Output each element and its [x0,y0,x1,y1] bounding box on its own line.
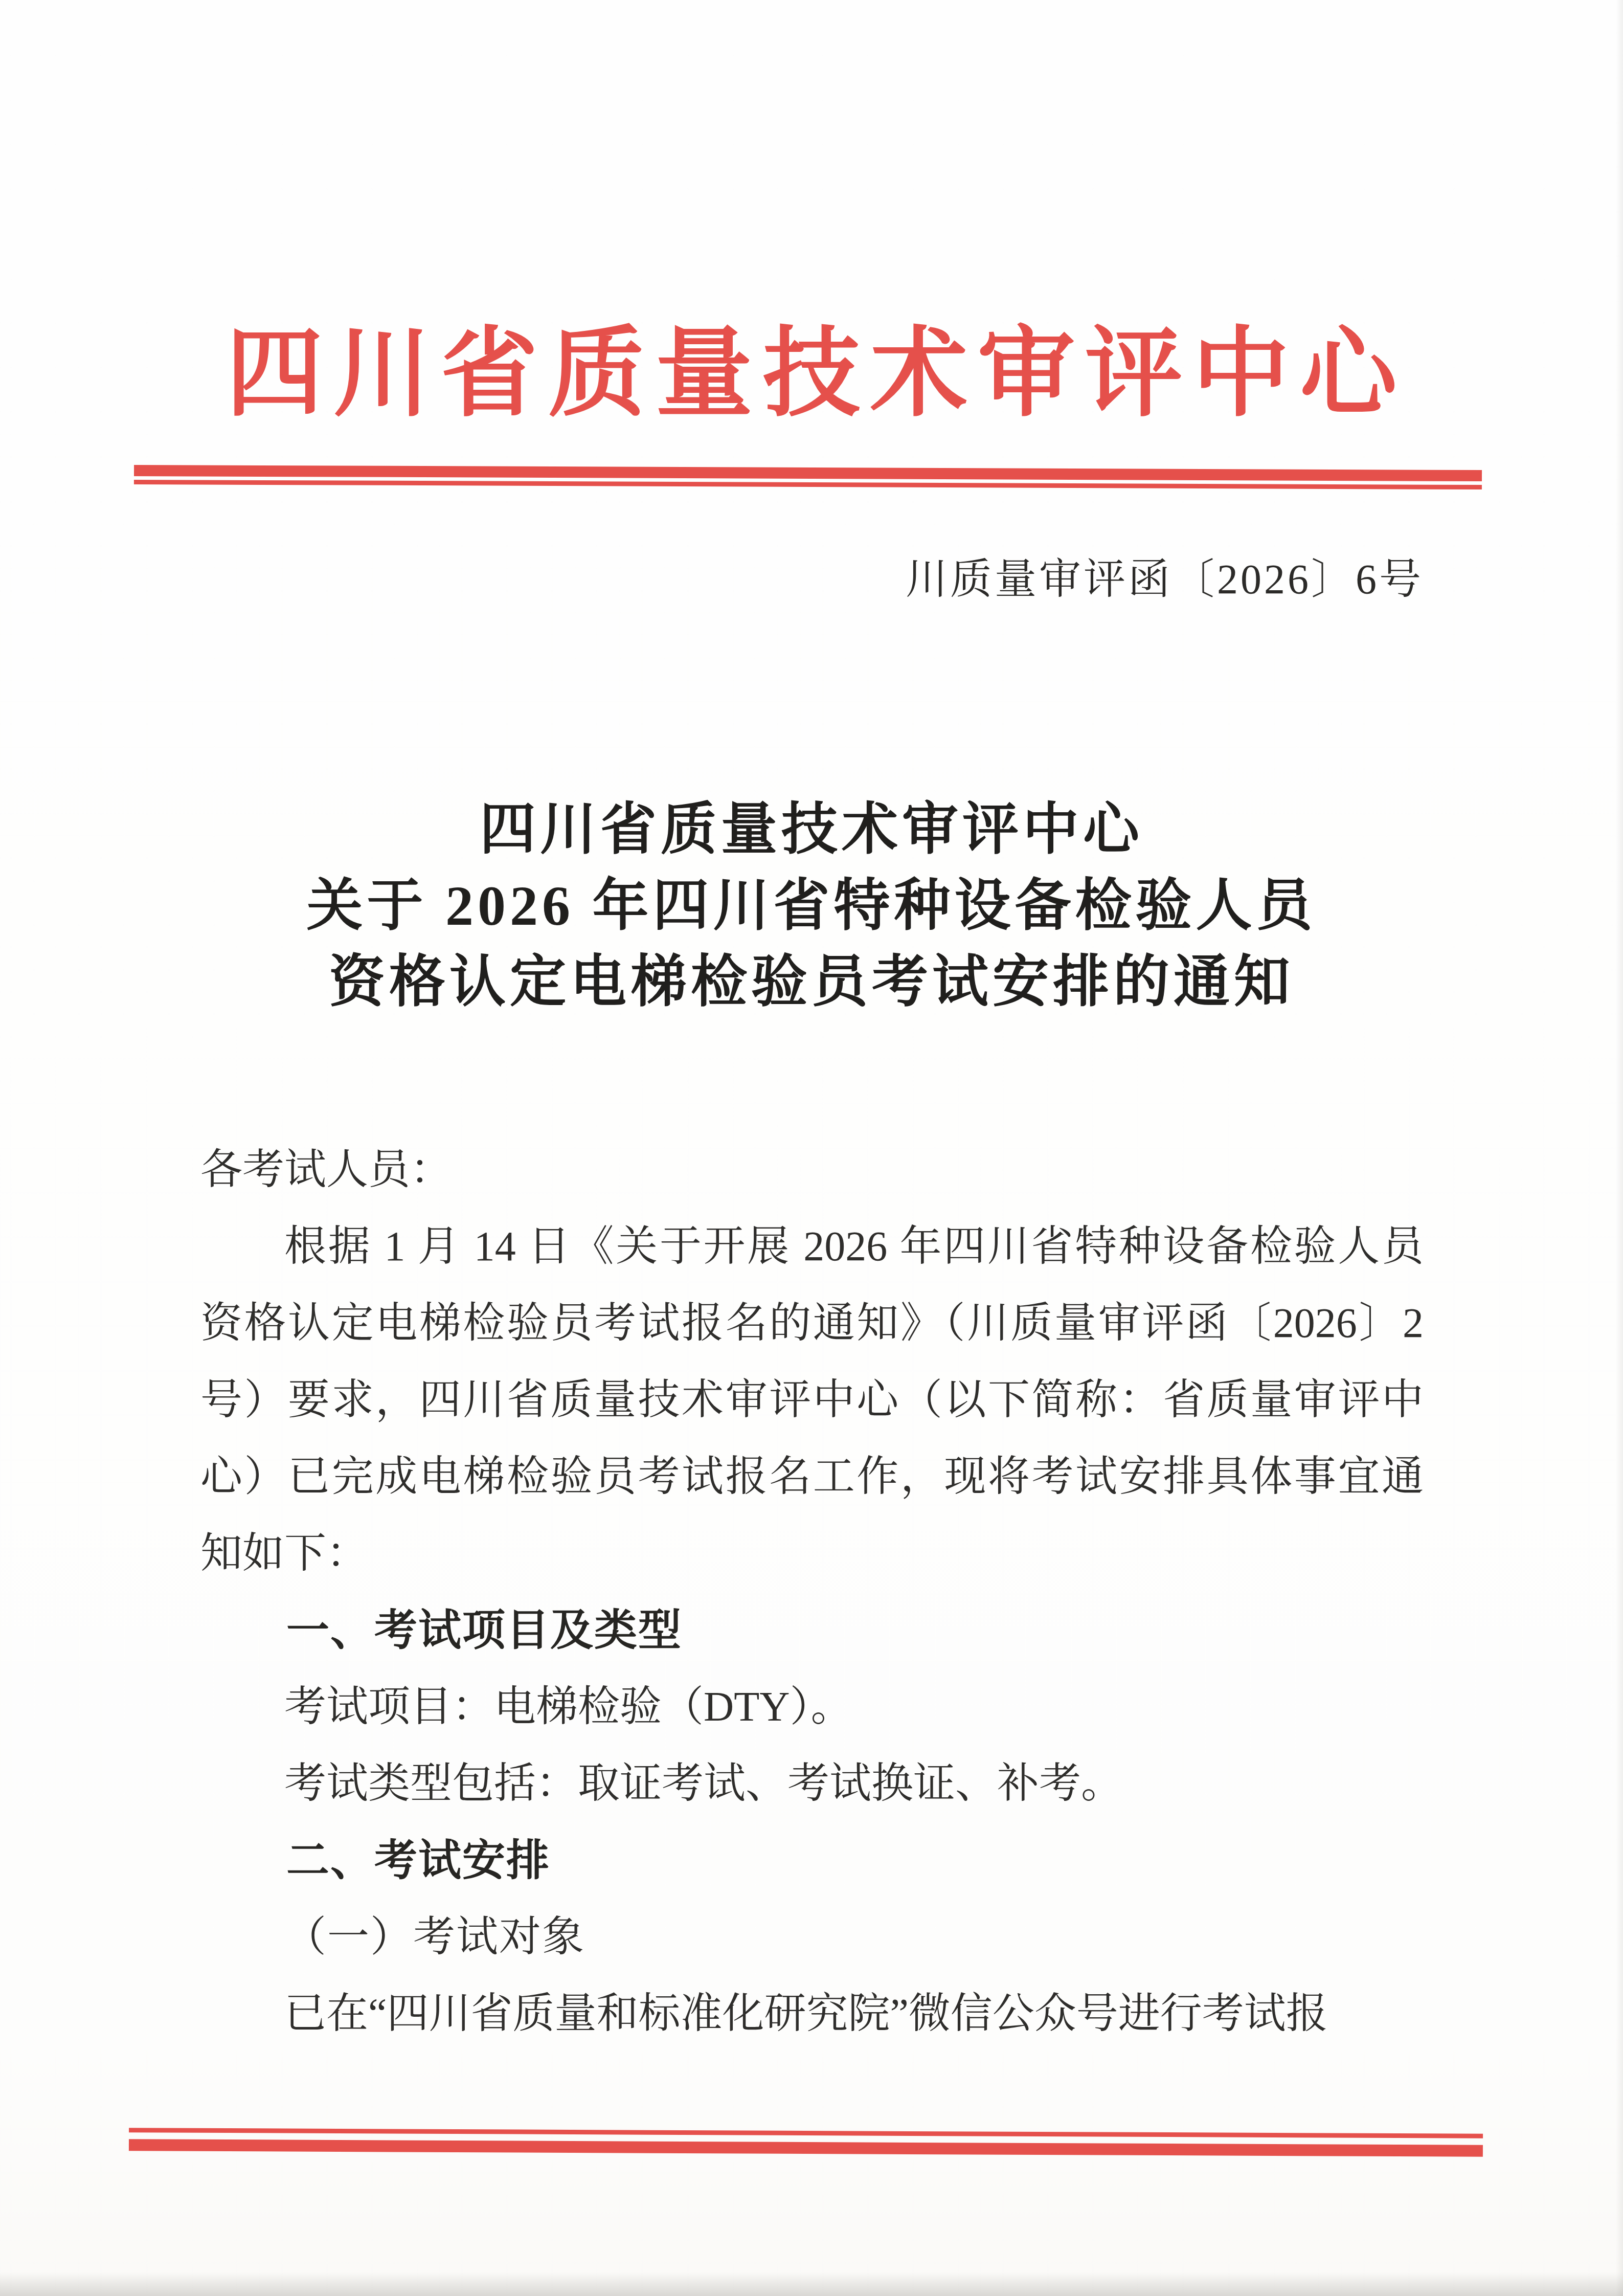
exam-target-line: 已在“四川省质量和标准化研究院”微信公众号进行考试报 [200,1975,1424,2052]
section-2-heading: 二、考试安排 [200,1822,1424,1899]
notice-title-line-2: 关于 2026 年四川省特种设备检验人员 [0,868,1623,944]
section-1-heading: 一、考试项目及类型 [200,1592,1424,1668]
exam-types-line: 考试类型包括：取证考试、考试换证、补考。 [200,1745,1424,1822]
footer-separator [129,2128,1483,2157]
intro-paragraph-line: 心）已完成电梯检验员考试报名工作，现将考试安排具体事宜通 [200,1438,1424,1515]
notice-title-line-3: 资格认定电梯检验员考试安排的通知 [0,944,1623,1020]
intro-paragraph-line: 知如下： [200,1515,1424,1592]
scan-right-shadow [1616,0,1623,2296]
letterhead-separator [134,465,1482,489]
salutation: 各考试人员： [200,1131,1424,1208]
document-page: 四川省质量技术审评中心 川质量审评函〔2026〕6号 四川省质量技术审评中心 关… [0,0,1623,2296]
scan-bottom-shadow [0,2272,1623,2296]
intro-paragraph-line: 资格认定电梯检验员考试报名的通知》（川质量审评函〔2026〕2 [200,1285,1424,1362]
notice-title-line-1: 四川省质量技术审评中心 [0,792,1623,868]
subsection-1-heading: （一）考试对象 [200,1899,1424,1975]
document-body: 各考试人员： 根据 1 月 14 日《关于开展 2026 年四川省特种设备检验人… [200,1131,1424,2052]
notice-title: 四川省质量技术审评中心 关于 2026 年四川省特种设备检验人员 资格认定电梯检… [0,792,1623,1020]
intro-paragraph-line: 号）要求，四川省质量技术审评中心（以下简称：省质量审评中 [200,1362,1424,1438]
exam-project-line: 考试项目：电梯检验（DTY）。 [200,1668,1424,1745]
document-number: 川质量审评函〔2026〕6号 [200,555,1424,604]
letterhead-org-title: 四川省质量技术审评中心 [0,313,1623,436]
intro-paragraph-line: 根据 1 月 14 日《关于开展 2026 年四川省特种设备检验人员 [200,1208,1424,1285]
